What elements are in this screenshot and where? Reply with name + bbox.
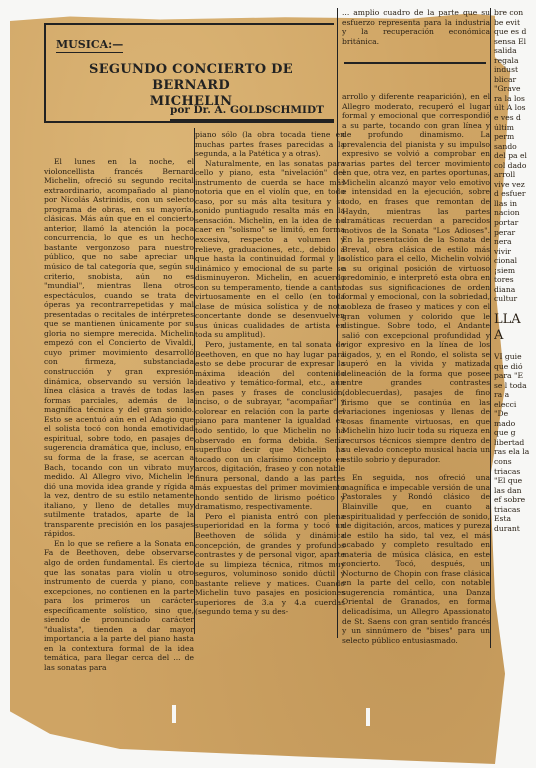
paper-tear bbox=[366, 708, 370, 726]
paragraph: Pero, justamente, en tal sonata de Beeth… bbox=[195, 340, 345, 512]
article-column-1: El lunes en la noche, el violoncellista … bbox=[44, 157, 194, 673]
section-label: MUSICA:— bbox=[56, 38, 123, 53]
article-title: SEGUNDO CONCIERTO DE BERNARD MICHELIN bbox=[50, 62, 332, 110]
paragraph: arrollo y diferente reaparición), en el … bbox=[342, 92, 490, 464]
paragraph: Pero el pianista entró con plena superio… bbox=[195, 512, 345, 617]
section-divider bbox=[344, 62, 486, 64]
paragraph: ... amplio cuadro de la parte que su esf… bbox=[342, 8, 490, 46]
paragraph: Naturalmente, en las sonatas para cello … bbox=[195, 159, 345, 340]
paragraph: piano sólo (la obra tocada tiene en much… bbox=[195, 130, 345, 159]
article-column-2: piano sólo (la obra tocada tiene en much… bbox=[195, 130, 345, 617]
column-rule-3 bbox=[490, 8, 491, 648]
paragraph: En lo que se refiere a la Sonata en Fa d… bbox=[44, 539, 194, 673]
paragraph: El lunes en la noche, el violoncellista … bbox=[44, 157, 194, 539]
fragment-headline: LLA A bbox=[494, 312, 530, 344]
paper-tear bbox=[172, 705, 176, 723]
byline-rule bbox=[170, 119, 334, 121]
title-line-1: SEGUNDO CONCIERTO DE BERNARD bbox=[50, 62, 332, 94]
fragment-text-bottom: VI guie que dió para "E se l toda ra a e… bbox=[494, 352, 530, 533]
fragment-text-top: bre con be evit que es d sensa El salida… bbox=[494, 8, 530, 304]
article-column-3: arrollo y diferente reaparición), en el … bbox=[342, 92, 490, 645]
prior-article-tail: ... amplio cuadro de la parte que su esf… bbox=[342, 8, 490, 46]
byline: por Dr. A. GOLDSCHMIDT bbox=[170, 104, 324, 116]
paragraph: En seguida, nos ofreció una magnífica e … bbox=[342, 473, 490, 645]
adjacent-article-fragment: bre con be evit que es d sensa El salida… bbox=[494, 8, 530, 533]
